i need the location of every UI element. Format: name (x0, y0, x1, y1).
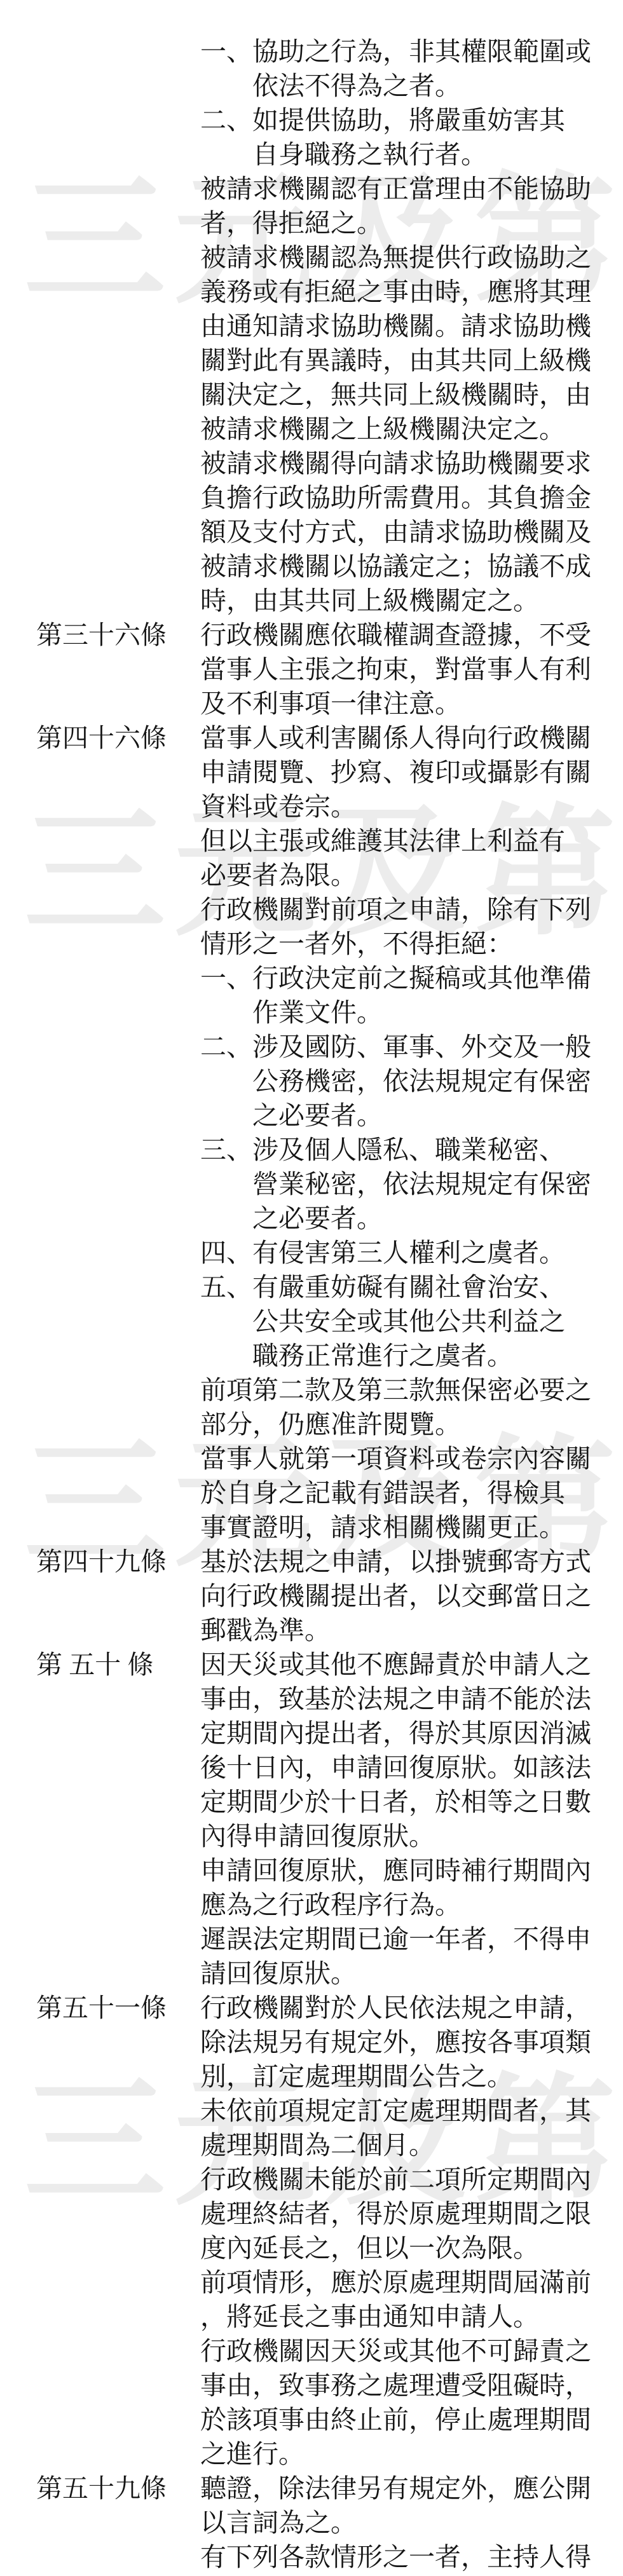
text-line: 前項第二款及第三款無保密必要之 (200, 1373, 623, 1407)
text-line: 基於法規之申請，以掛號郵寄方式 (200, 1544, 623, 1579)
text-line: 負擔行政協助所需費用。其負擔金 (200, 480, 623, 515)
text-line: 被請求機關以協議定之；協議不成 (200, 549, 623, 583)
section-row: 一、協助之行為，非其權限範圍或依法不得為之者。二、如提供協助，將嚴重妨害其自身職… (0, 34, 623, 618)
text-line: 請回復原狀。 (200, 1956, 623, 1991)
text-line: 處理終結者，得於原處理期間之限 (200, 2197, 623, 2231)
article-body: 基於法規之申請，以掛號郵寄方式向行政機關提出者，以交郵當日之郵戳為準。 (200, 1544, 623, 1647)
text-line: 情形之一者外，不得拒絕： (200, 927, 623, 961)
text-line: 於該項事由終止前，停止處理期間 (200, 2402, 623, 2437)
text-line: 因天災或其他不應歸責於申請人之 (200, 1647, 623, 1682)
text-line: 四、有侵害第三人權利之虞者。 (200, 1236, 623, 1270)
text-line: 定期間內提出者，得於其原因消滅 (200, 1716, 623, 1750)
text-line: 事由，致基於法規之申請不能於法 (200, 1682, 623, 1716)
text-line: 於自身之記載有錯誤者，得檢具 (200, 1476, 623, 1510)
text-line: 未依前項規定訂定處理期間者，其 (200, 2094, 623, 2128)
text-line: ，將延長之事由通知申請人。 (200, 2300, 623, 2334)
text-line: 資料或卷宗。 (200, 789, 623, 824)
text-line: 行政機關未能於前二項所定期間內 (200, 2162, 623, 2197)
article-number: 第三十六條 (0, 618, 200, 652)
text-line: 事由，致事務之處理遭受阻礙時， (200, 2368, 623, 2402)
text-line: 行政機關對前項之申請，除有下列 (200, 892, 623, 927)
article-number: 第四十九條 (0, 1544, 200, 1579)
article-body: 當事人或利害關係人得向行政機關申請閱覽、抄寫、複印或攝影有關資料或卷宗。但以主張… (200, 721, 623, 1544)
text-line: 聽證，除法律另有規定外，應公開 (200, 2471, 623, 2505)
text-line: 別，訂定處理期間公告之。 (200, 2059, 623, 2094)
article-body: 一、協助之行為，非其權限範圍或依法不得為之者。二、如提供協助，將嚴重妨害其自身職… (200, 34, 623, 618)
text-line: 行政機關應依職權調查證據，不受 (200, 618, 623, 652)
article-number: 第五十一條 (0, 1991, 200, 2025)
article-body: 因天災或其他不應歸責於申請人之事由，致基於法規之申請不能於法定期間內提出者，得於… (200, 1647, 623, 1991)
section-row: 第 五十 條 因天災或其他不應歸責於申請人之事由，致基於法規之申請不能於法定期間… (0, 1647, 623, 1991)
text-line: 二、涉及國防、軍事、外交及一般 (200, 1030, 623, 1064)
text-line: 郵戳為準。 (200, 1613, 623, 1647)
text-line: 一、協助之行為，非其權限範圍或 (200, 34, 623, 69)
text-line: 依法不得為之者。 (200, 69, 623, 103)
article-body: 行政機關應依職權調查證據，不受當事人主張之拘束，對當事人有利及不利事項一律注意。 (200, 618, 623, 721)
text-line: 被請求機關認有正當理由不能協助 (200, 172, 623, 206)
text-line: 二、如提供協助，將嚴重妨害其 (200, 103, 623, 137)
text-line: 被請求機關認為無提供行政協助之 (200, 240, 623, 275)
text-line: 行政機關因天災或其他不可歸責之 (200, 2334, 623, 2368)
text-line: 但以主張或維護其法律上利益有 (200, 824, 623, 858)
text-line: 申請回復原狀，應同時補行期間內 (200, 1853, 623, 1888)
text-line: 向行政機關提出者，以交郵當日之 (200, 1579, 623, 1613)
text-line: 被請求機關之上級機關決定之。 (200, 412, 623, 446)
text-line: 者，得拒絕之。 (200, 206, 623, 240)
text-line: 內得申請回復原狀。 (200, 1819, 623, 1853)
section-row: 第三十六條 行政機關應依職權調查證據，不受當事人主張之拘束，對當事人有利及不利事… (0, 618, 623, 721)
text-line: 義務或有拒絕之事由時，應將其理 (200, 275, 623, 309)
text-line: 遲誤法定期間已逾一年者，不得申 (200, 1922, 623, 1956)
text-line: 必要者為限。 (200, 858, 623, 892)
text-line: 時，由其共同上級機關定之。 (200, 583, 623, 618)
text-line: 由通知請求協助機關。請求協助機 (200, 309, 623, 343)
text-line: 應為之行政程序行為。 (200, 1888, 623, 1922)
text-line: 當事人或利害關係人得向行政機關 (200, 721, 623, 755)
text-line: 關決定之，無共同上級機關時，由 (200, 378, 623, 412)
text-line: 處理期間為二個月。 (200, 2128, 623, 2162)
article-number: 第四十六條 (0, 721, 200, 755)
text-line: 之進行。 (200, 2437, 623, 2471)
text-line: 關對此有異議時，由其共同上級機 (200, 343, 623, 378)
text-line: 一、行政決定前之擬稿或其他準備 (200, 961, 623, 995)
text-line: 事實證明，請求相關機關更正。 (200, 1510, 623, 1544)
text-line: 之必要者。 (200, 1098, 623, 1133)
text-line: 定期間少於十日者，於相等之日數 (200, 1785, 623, 1819)
text-line: 職務正常進行之虞者。 (200, 1339, 623, 1373)
text-line: 三、涉及個人隱私、職業秘密、 (200, 1133, 623, 1167)
article-number: 第 五十 條 (0, 1647, 200, 1682)
text-line: 前項情形，應於原處理期間屆滿前 (200, 2265, 623, 2300)
law-text: 一、協助之行為，非其權限範圍或依法不得為之者。二、如提供協助，將嚴重妨害其自身職… (0, 34, 623, 2574)
text-line: 被請求機關得向請求協助機關要求 (200, 446, 623, 480)
text-line: 度內延長之，但以一次為限。 (200, 2231, 623, 2265)
text-line: 之必要者。 (200, 1201, 623, 1236)
text-line: 有下列各款情形之一者，主持人得 (200, 2540, 623, 2574)
text-line: 額及支付方式，由請求協助機關及 (200, 515, 623, 549)
section-row: 第五十一條 行政機關對於人民依法規之申請，除法規另有規定外，應按各事項類別，訂定… (0, 1991, 623, 2471)
text-line: 部分，仍應准許閱覽。 (200, 1407, 623, 1441)
section-row: 第五十九條 聽證，除法律另有規定外，應公開以言詞為之。有下列各款情形之一者，主持… (0, 2471, 623, 2574)
text-line: 及不利事項一律注意。 (200, 686, 623, 721)
text-line: 申請閱覽、抄寫、複印或攝影有關 (200, 755, 623, 789)
text-line: 除法規另有規定外，應按各事項類 (200, 2025, 623, 2059)
article-number: 第五十九條 (0, 2471, 200, 2505)
text-line: 公務機密，依法規規定有保密 (200, 1064, 623, 1098)
article-body: 行政機關對於人民依法規之申請，除法規另有規定外，應按各事項類別，訂定處理期間公告… (200, 1991, 623, 2471)
text-line: 五、有嚴重妨礙有關社會治安、 (200, 1270, 623, 1304)
text-line: 行政機關對於人民依法規之申請， (200, 1991, 623, 2025)
section-row: 第四十九條 基於法規之申請，以掛號郵寄方式向行政機關提出者，以交郵當日之郵戳為準… (0, 1544, 623, 1647)
section-row: 第四十六條 當事人或利害關係人得向行政機關申請閱覽、抄寫、複印或攝影有關資料或卷… (0, 721, 623, 1544)
article-body: 聽證，除法律另有規定外，應公開以言詞為之。有下列各款情形之一者，主持人得 (200, 2471, 623, 2574)
document-page: 三元及第 三元及第 三元及第 三元及第 一、協助之行為，非其權限範圍或依法不得為… (0, 0, 623, 2576)
text-line: 當事人就第一項資料或卷宗內容關 (200, 1441, 623, 1476)
text-line: 當事人主張之拘束，對當事人有利 (200, 652, 623, 686)
text-line: 公共安全或其他公共利益之 (200, 1304, 623, 1339)
text-line: 自身職務之執行者。 (200, 137, 623, 172)
text-line: 後十日內，申請回復原狀。如該法 (200, 1750, 623, 1785)
text-line: 以言詞為之。 (200, 2505, 623, 2540)
text-line: 營業秘密，依法規規定有保密 (200, 1167, 623, 1201)
text-line: 作業文件。 (200, 995, 623, 1030)
